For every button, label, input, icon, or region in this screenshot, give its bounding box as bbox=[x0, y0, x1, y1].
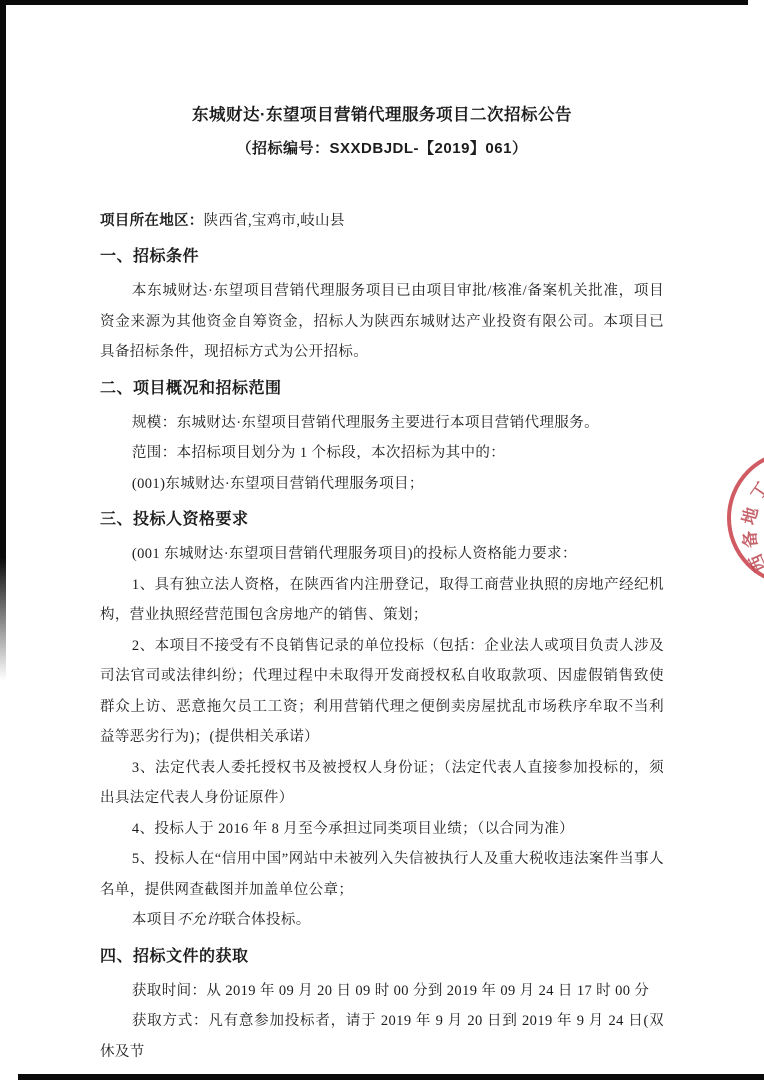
joint-venture-note: 本项目不允许联合体投标。 bbox=[100, 905, 664, 936]
document-title: 东城财达·东望项目营销代理服务项目二次招标公告 bbox=[100, 102, 664, 128]
stamp-glyph: 地 bbox=[734, 504, 763, 527]
stamp-glyph: 西 bbox=[742, 551, 764, 577]
joint-venture-note-suffix: 联合体投标。 bbox=[221, 912, 310, 928]
paragraph: 范围：本招标项目划分为 1 个标段，本次招标为其中的： bbox=[100, 438, 664, 469]
paragraph: 2、本项目不接受有不良销售记录的单位投标（包括：企业法人或项目负责人涉及司法官司… bbox=[100, 631, 664, 753]
paragraph: 5、投标人在“信用中国”网站中未被列入失信被执行人及重大税收违法案件当事人名单，… bbox=[100, 844, 664, 905]
scan-artifact-top-edge bbox=[0, 0, 748, 5]
paragraph: 规模：东城财达·东望项目营销代理服务主要进行本项目营销代理服务。 bbox=[100, 408, 664, 439]
project-location-value: 陕西省,宝鸡市,岐山县 bbox=[204, 213, 345, 229]
paragraph: (001 东城财达·东望项目营销代理服务项目)的投标人资格能力要求： bbox=[100, 539, 664, 570]
section-heading-tender-conditions: 一、招标条件 bbox=[100, 240, 664, 274]
stamp-glyph: 丁 bbox=[743, 476, 764, 504]
scan-artifact-left-edge bbox=[0, 0, 6, 680]
paragraph: 获取方式：凡有意参加投标者，请于 2019 年 9 月 20 日到 2019 年… bbox=[100, 1006, 664, 1067]
section-heading-document-acquisition: 四、招标文件的获取 bbox=[100, 940, 664, 974]
stamp-glyph: 备 bbox=[735, 530, 761, 549]
paragraph: 3、法定代表人委托授权书及被授权人身份证；（法定代表人直接参加投标的，须出具法定… bbox=[100, 753, 664, 814]
paragraph: 本东城财达·东望项目营销代理服务项目已由项目审批/核准/备案机关批准，项目资金来… bbox=[100, 276, 664, 368]
joint-venture-note-emphasis: 不允许 bbox=[177, 912, 222, 928]
scan-artifact-bottom-edge bbox=[18, 1074, 764, 1080]
document-content: 东城财达·东望项目营销代理服务项目二次招标公告 （招标编号：SXXDBJDL-【… bbox=[100, 102, 664, 1067]
red-seal-stamp-partial: 丁 地 备 西 bbox=[727, 450, 764, 586]
tender-number-subtitle: （招标编号：SXXDBJDL-【2019】061） bbox=[100, 134, 664, 164]
paragraph: (001)东城财达·东望项目营销代理服务项目； bbox=[100, 469, 664, 500]
paragraph: 1、具有独立法人资格，在陕西省内注册登记，取得工商营业执照的房地产经纪机构，营业… bbox=[100, 570, 664, 631]
paragraph: 4、投标人于 2016 年 8 月至今承担过同类项目业绩；（以合同为准） bbox=[100, 814, 664, 845]
section-heading-bidder-qualifications: 三、投标人资格要求 bbox=[100, 503, 664, 537]
scanned-document-page: 丁 地 备 西 东城财达·东望项目营销代理服务项目二次招标公告 （招标编号：SX… bbox=[0, 0, 764, 1080]
project-location-line: 项目所在地区：陕西省,宝鸡市,岐山县 bbox=[100, 206, 664, 236]
joint-venture-note-prefix: 本项目 bbox=[132, 912, 177, 928]
section-heading-project-overview: 二、项目概况和招标范围 bbox=[100, 372, 664, 406]
paragraph: 获取时间：从 2019 年 09 月 20 日 09 时 00 分到 2019 … bbox=[100, 976, 664, 1007]
project-location-label: 项目所在地区： bbox=[100, 213, 204, 229]
